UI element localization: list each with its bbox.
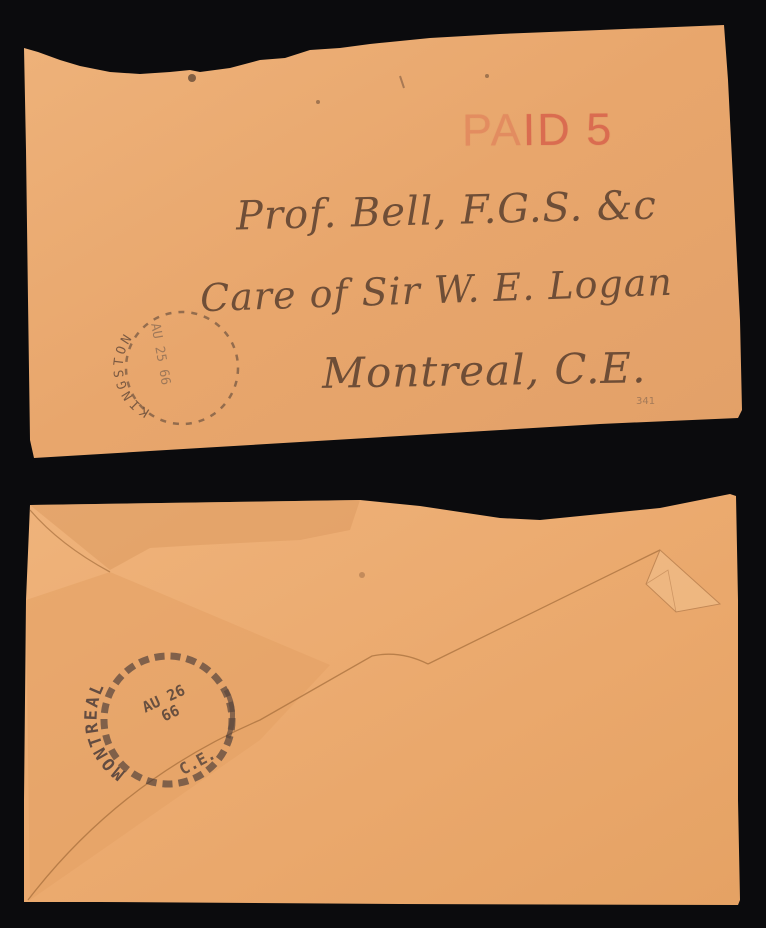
envelope-back	[24, 494, 740, 905]
envelope-photo: PAID 5 Prof. Bell, F.G.S. &c Care of Sir…	[0, 0, 766, 928]
pencil-note: 341	[636, 396, 655, 407]
paid-stamp: PAID 5	[462, 103, 614, 156]
paid-stamp-faint: PA	[462, 104, 523, 156]
envelope-paper-shapes	[0, 0, 766, 928]
address-line-3: Montreal, C.E.	[322, 343, 647, 398]
paid-stamp-strong: ID 5	[522, 103, 613, 155]
